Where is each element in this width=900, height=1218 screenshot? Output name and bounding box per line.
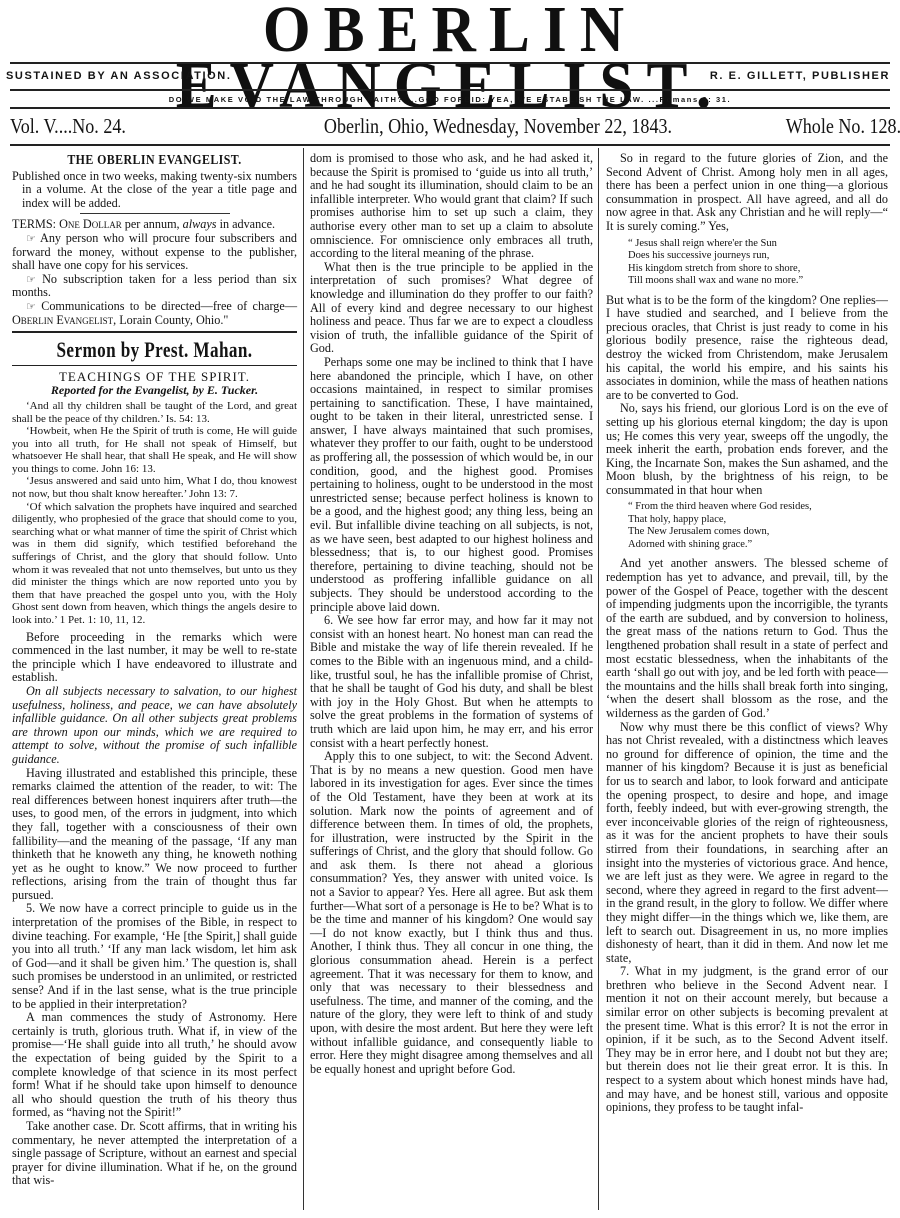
- scripture-quote: ‘Howbeit, when He the Spirit of truth is…: [12, 425, 297, 475]
- body-paragraph: What then is the true principle to be ap…: [310, 261, 593, 356]
- info-box-rule: [80, 213, 230, 214]
- body-paragraph: So in regard to the future glories of Zi…: [606, 152, 888, 234]
- whole-number: Whole No. 128.: [786, 114, 900, 139]
- notice-period-text: No subscription taken for a less period …: [12, 272, 297, 300]
- body-paragraph: dom is promised to those who ask, and he…: [310, 152, 593, 261]
- masthead-title: OBERLIN EVANGELIST.: [32, 2, 869, 58]
- notice-subscribers: ☞ Any person who will procure four subsc…: [12, 232, 297, 273]
- scripture-quote: ‘Jesus answered and said unto him, What …: [12, 475, 297, 500]
- section-title: TEACHINGS OF THE SPIRIT.: [12, 370, 297, 384]
- body-paragraph: Now why must there be this conflict of v…: [606, 721, 888, 966]
- body-paragraph: A man commences the study of Astronomy. …: [12, 1011, 297, 1120]
- column-2: dom is promised to those who ask, and he…: [310, 152, 593, 1076]
- dateline-rule: [10, 144, 890, 146]
- poem-line: Adorned with shining grace.”: [628, 539, 888, 552]
- poem-line: The New Jerusalem comes down,: [628, 526, 888, 539]
- notice-subscribers-text: Any person who will procure four subscri…: [12, 231, 297, 272]
- body-paragraph: Apply this to one subject, to wit: the S…: [310, 750, 593, 1076]
- terms-price: One Dollar: [59, 217, 122, 231]
- info-box-bottom-rule: [12, 331, 297, 333]
- notice-address-rest: , Lorain County, Ohio.": [113, 313, 228, 327]
- pointing-hand-icon: ☞: [26, 300, 36, 313]
- body-paragraph: But what is to be the form of the kingdo…: [606, 294, 888, 403]
- poem-line: “ From the third heaven where God reside…: [628, 501, 888, 514]
- pointing-hand-icon: ☞: [26, 232, 36, 245]
- body-paragraph: 6. We see how far error may, and how far…: [310, 614, 593, 750]
- masthead-rule: [10, 62, 890, 64]
- sermon-heading: Sermon by Prest. Mahan.: [43, 343, 265, 357]
- motto-rule: [10, 107, 890, 109]
- body-paragraph: No, says his friend, our glorious Lord i…: [606, 402, 888, 497]
- poem-line: “ Jesus shall reign where'er the Sun: [628, 238, 888, 251]
- hymn-quote-2: “ From the third heaven where God reside…: [628, 501, 888, 551]
- info-box-title: THE OBERLIN EVANGELIST.: [33, 154, 275, 168]
- scripture-quote: ‘And all thy children shall be taught of…: [12, 400, 297, 425]
- subline-rule: [10, 89, 890, 91]
- terms-line: TERMS: One Dollar per annum, always in a…: [12, 218, 297, 232]
- poem-line: His kingdom stretch from shore to shore,: [628, 263, 888, 276]
- column-divider-1: [303, 148, 304, 1210]
- column-1: THE OBERLIN EVANGELIST. Published once i…: [12, 152, 297, 1188]
- terms-text: per annum,: [122, 217, 183, 231]
- body-paragraph: Having illustrated and established this …: [12, 767, 297, 903]
- body-paragraph: And yet another answers. The blessed sch…: [606, 557, 888, 720]
- terms-always: always: [183, 217, 217, 231]
- volume-number: Vol. V....No. 24.: [10, 114, 126, 139]
- column-3: So in regard to the future glories of Zi…: [606, 152, 888, 1115]
- notice-address-name: Oberlin Evangelist: [12, 313, 113, 327]
- principle-statement: On all subjects necessary to salvation, …: [12, 685, 297, 767]
- dateline: Vol. V....No. 24. Oberlin, Ohio, Wednesd…: [10, 114, 767, 140]
- notice-communications-text: Communications to be directed—free of ch…: [41, 299, 297, 313]
- pointing-hand-icon: ☞: [26, 273, 36, 286]
- byline: Reported for the Evangelist, by E. Tucke…: [12, 384, 297, 398]
- sustained-line: SUSTAINED BY AN ASSOCIATION.: [6, 70, 232, 82]
- poem-line: That holy, happy place,: [628, 514, 888, 527]
- body-paragraph: Take another case. Dr. Scott affirms, th…: [12, 1120, 297, 1188]
- poem-line: Till moons shall wax and wane no more.”: [628, 275, 888, 288]
- terms-end: in advance.: [217, 217, 276, 231]
- scripture-quote: ‘Of which salvation the prophets have in…: [12, 501, 297, 627]
- body-paragraph: Perhaps some one may be inclined to thin…: [310, 356, 593, 614]
- publisher-line: R. E. GILLETT, PUBLISHER: [710, 70, 890, 82]
- sermon-rule: [12, 365, 297, 366]
- masthead-subline: SUSTAINED BY AN ASSOCIATION. R. E. GILLE…: [6, 70, 890, 86]
- notice-communications: ☞ Communications to be directed—free of …: [12, 300, 297, 327]
- body-paragraph: 5. We now have a correct principle to gu…: [12, 902, 297, 1011]
- poem-line: Does his successive journeys run,: [628, 250, 888, 263]
- notice-period: ☞ No subscription taken for a less perio…: [12, 273, 297, 300]
- column-divider-2: [598, 148, 599, 1210]
- terms-label: TERMS:: [12, 217, 56, 231]
- publication-info: Published once in two weeks, making twen…: [12, 170, 297, 211]
- body-paragraph: 7. What in my judgment, is the grand err…: [606, 965, 888, 1115]
- motto-line: DO WE MAKE VOID THE LAW THROUGH FAITH? .…: [0, 95, 900, 104]
- body-paragraph: Before proceeding in the remarks which w…: [12, 631, 297, 685]
- issue-date: Oberlin, Ohio, Wednesday, November 22, 1…: [324, 114, 672, 139]
- newspaper-page: OBERLIN EVANGELIST. SUSTAINED BY AN ASSO…: [0, 0, 900, 1218]
- hymn-quote-1: “ Jesus shall reign where'er the Sun Doe…: [628, 238, 888, 288]
